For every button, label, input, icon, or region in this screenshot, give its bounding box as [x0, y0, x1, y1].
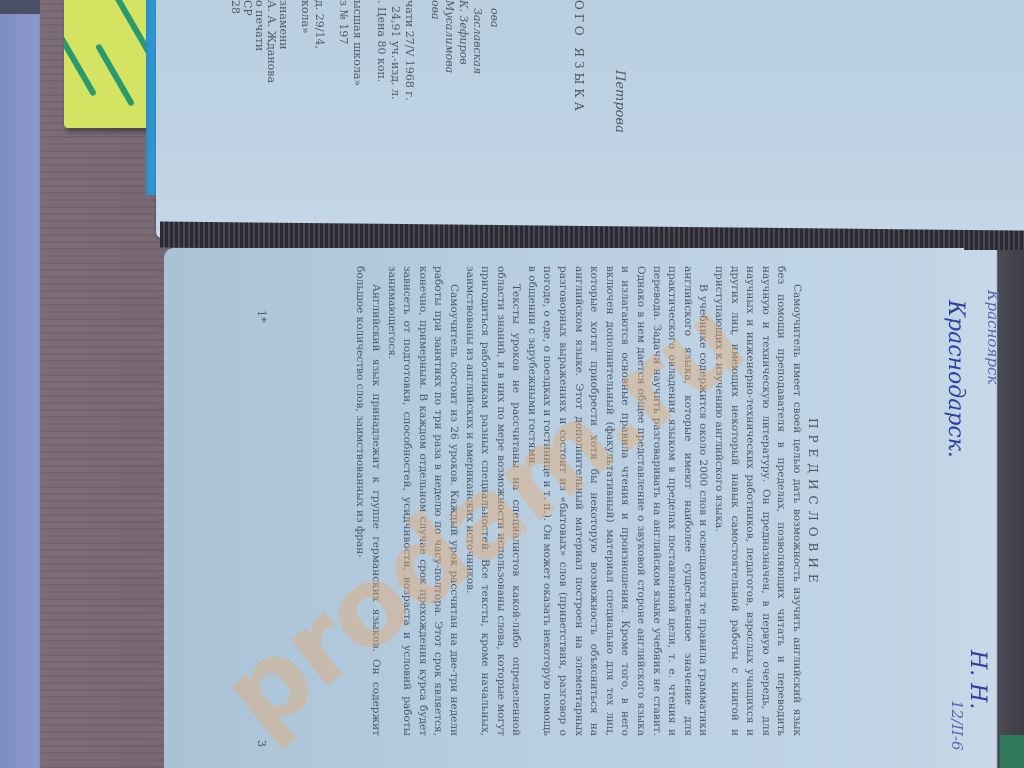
printer-line: о печати — [253, 0, 266, 51]
book-title-fragment: ОГО ЯЗЫКА — [572, 0, 586, 115]
leaf-pattern — [95, 43, 135, 107]
print-info: 24,91 уч.-изд. л. — [389, 6, 402, 100]
printer-line: 28 — [229, 0, 242, 14]
handwritten-initials: Н. Н. — [965, 650, 990, 709]
credit-line: ова — [429, 0, 442, 20]
publisher-line: ысшая школа» — [351, 0, 364, 86]
signature-mark: 1* — [255, 310, 268, 323]
print-info: чати 27/V 1968 г. — [403, 0, 416, 101]
handwritten-city-2: Краснодарск. — [943, 300, 968, 458]
green-book-cover — [64, 0, 154, 128]
credit-line: ова — [488, 8, 501, 28]
handwritten-city-1: Красноярск — [984, 290, 1002, 384]
printer-line: знамени — [277, 0, 290, 50]
credit-line: Мусалимова — [443, 0, 456, 73]
printer-line: А. А. Жданова — [265, 0, 278, 83]
green-corner — [1000, 735, 1024, 768]
leaf-pattern — [64, 33, 97, 97]
handwritten-date: 12/II-6 — [948, 700, 966, 751]
publisher-line: з № 197 — [337, 0, 350, 44]
address-line: кола» — [299, 0, 312, 34]
imprint-page: Петрова ОГО ЯЗЫКА ова Заславская К. Зефи… — [156, 0, 1024, 238]
credit-line: Заславская — [471, 8, 484, 74]
foreword-heading: ПРЕДИСЛОВИЕ — [806, 418, 820, 589]
printer-line: СР — [241, 0, 254, 16]
credit-line: К. Зефиров — [457, 0, 470, 65]
print-info: . Цена 80 коп. — [375, 0, 388, 82]
author-name: Петрова — [613, 70, 626, 133]
address-line: д. 29/14, — [313, 0, 326, 49]
